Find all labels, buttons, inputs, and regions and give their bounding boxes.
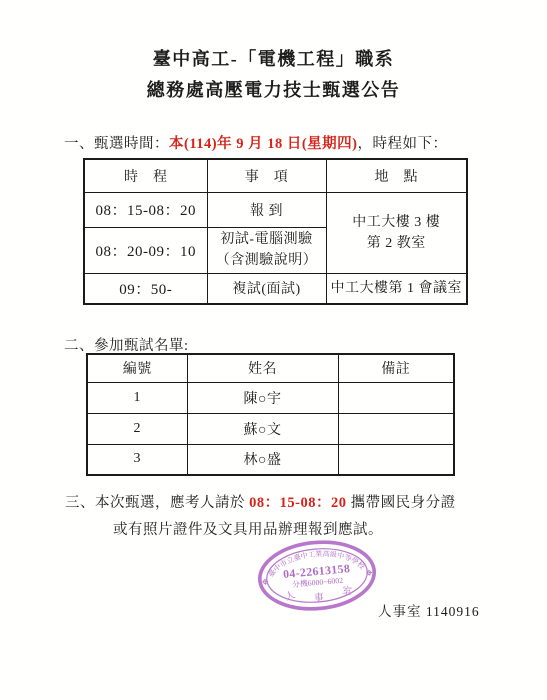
schedule-header-location: 地 點 [326, 159, 467, 192]
schedule-row-3: 09：50- 複試(面試) 中工大樓第 1 會議室 [84, 273, 467, 304]
schedule-header-item: 事 項 [207, 159, 326, 192]
title-line-2: 總務處高壓電力技士甄選公告 [0, 75, 547, 106]
candidates-header-row: 編號 姓名 備註 [87, 354, 454, 382]
schedule-item-2-line-2: （含測驗說明） [208, 250, 326, 271]
section-1-suffix: ，時程如下： [358, 136, 448, 152]
schedule-item-1: 報 到 [207, 192, 326, 227]
schedule-time-2: 08：20-09：10 [84, 227, 207, 273]
candidates-table: 編號 姓名 備註 1 陳○宇 2 蘇○文 3 林○盛 [86, 353, 455, 476]
section-3-line-1: 三、本次甄選，應考人請於 08：15-08：20 攜帶國民身分證 [65, 491, 456, 512]
candidate-row-2: 2 蘇○文 [87, 413, 454, 444]
office-stamp: 臺中市立臺中工業高級中等學校 04-22613158 分機6000~6002 人… [253, 534, 381, 617]
schedule-location-line-2: 第 2 教室 [327, 233, 467, 254]
section-1-heading: 一、甄選時間：本(114)年 9 月 18 日(星期四)，時程如下： [64, 132, 448, 153]
candidate-name-1: 陳○宇 [187, 382, 338, 413]
schedule-header-time: 時 程 [84, 159, 207, 192]
footer-office: 人事室 [378, 604, 422, 619]
section-3-prefix: 三、本次甄選，應考人請於 [65, 495, 249, 511]
schedule-header-row: 時 程 事 項 地 點 [84, 159, 467, 192]
section-3-suffix: 攜帶國民身分證 [346, 495, 455, 511]
section-3-time-highlight: 08：15-08：20 [249, 495, 346, 511]
candidate-note-3 [338, 444, 454, 475]
schedule-item-2-line-1: 初試-電腦測驗 [208, 229, 326, 250]
schedule-table: 時 程 事 項 地 點 08：15-08：20 報 到 中工大樓 3 樓 第 2… [83, 158, 468, 305]
section-1-prefix: 一、甄選時間： [64, 136, 169, 152]
schedule-item-3: 複試(面試) [207, 273, 326, 304]
document-title: 臺中高工-「電機工程」職系 總務處高壓電力技士甄選公告 [0, 44, 547, 106]
stamp-office-char-2: 事 [314, 591, 325, 604]
candidates-header-note: 備註 [338, 354, 454, 382]
schedule-location-3: 中工大樓第 1 會議室 [326, 273, 467, 304]
title-line-1: 臺中高工-「電機工程」職系 [0, 44, 547, 75]
section-2-heading: 二、參加甄試名單: [64, 334, 189, 355]
candidate-no-2: 2 [87, 413, 187, 444]
schedule-time-3: 09：50- [84, 273, 207, 304]
candidate-row-3: 3 林○盛 [87, 444, 454, 475]
candidate-row-1: 1 陳○宇 [87, 382, 454, 413]
candidate-note-2 [338, 413, 454, 444]
document-footer: 人事室 1140916 [378, 600, 480, 620]
schedule-location-line-1: 中工大樓 3 樓 [327, 212, 467, 233]
candidate-no-3: 3 [87, 444, 187, 475]
footer-doc-number: 1140916 [426, 604, 480, 619]
candidate-note-1 [338, 382, 454, 413]
schedule-item-2: 初試-電腦測驗 （含測驗說明） [207, 227, 326, 273]
candidate-name-3: 林○盛 [187, 444, 338, 475]
schedule-time-1: 08：15-08：20 [84, 192, 207, 227]
schedule-row-1: 08：15-08：20 報 到 中工大樓 3 樓 第 2 教室 [84, 192, 467, 227]
candidate-name-2: 蘇○文 [187, 413, 338, 444]
section-1-date-highlight: 本(114)年 9 月 18 日(星期四) [169, 136, 358, 152]
candidates-header-no: 編號 [87, 354, 187, 382]
candidate-no-1: 1 [87, 382, 187, 413]
stamp-office-char-3: 室 [341, 584, 353, 597]
schedule-location-merged: 中工大樓 3 樓 第 2 教室 [326, 192, 467, 273]
candidates-header-name: 姓名 [187, 354, 338, 382]
announcement-document: 臺中高工-「電機工程」職系 總務處高壓電力技士甄選公告 一、甄選時間：本(114… [0, 0, 547, 700]
